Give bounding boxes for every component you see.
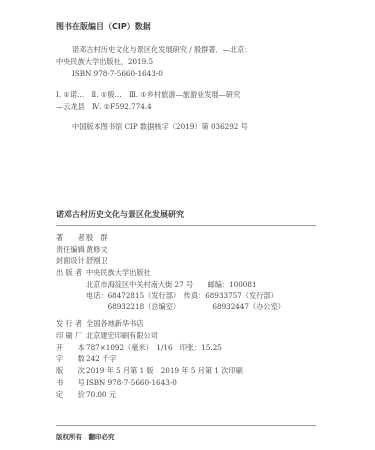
- imprint-row: 出 版 者中央民族大学出版社: [56, 268, 151, 278]
- imprint-value: 787×1092（毫米） 1/16 印张：15.25: [86, 343, 222, 352]
- imprint-row: 著 者殷 群: [56, 233, 108, 243]
- imprint-row: 书 号ISBN 978-7-5660-1643-0: [56, 378, 177, 388]
- imprint-label: 版 次: [56, 366, 86, 376]
- cip-isbn: ISBN 978-7-5660-1643-0: [72, 69, 163, 78]
- imprint-row: 定 价70.00 元: [56, 390, 116, 400]
- imprint-row: 68932218（总编室） 68932447（办公室）: [56, 302, 285, 312]
- imprint-row: 开 本787×1092（毫米） 1/16 印张：15.25: [56, 343, 222, 353]
- imprint-value: 殷 群: [86, 233, 108, 242]
- cip-heading: 图书在版编目（CIP）数据: [56, 21, 151, 32]
- imprint-value: 北京市海淀区中关村南大街 27 号 邮编：100081: [86, 280, 257, 289]
- imprint-label: 出 版 者: [56, 268, 86, 278]
- cip-library-note: 中国版本图书馆 CIP 数据核字（2019）第 036292 号: [72, 122, 248, 132]
- imprint-row: 电话：68472815（发行部） 传真：68933757（发行部）: [56, 291, 278, 301]
- imprint-label: 印 刷 厂: [56, 331, 86, 341]
- cip-classification-1: Ⅰ. ①诺… Ⅱ. ①殷… Ⅲ. ①乡村旅游—旅游业发展—研究: [56, 90, 240, 100]
- imprint-value: 电话：68472815（发行部） 传真：68933757（发行部）: [86, 291, 278, 300]
- imprint-row: 印 刷 厂北京建宏印刷有限公司: [56, 331, 158, 341]
- imprint-row: 发 行 者全国各地新华书店: [56, 319, 144, 329]
- cip-line-2: 中央民族大学出版社，2019.5: [56, 57, 153, 67]
- imprint-value: 68932218（总编室） 68932447（办公室）: [86, 302, 285, 311]
- imprint-value: 黄修文: [86, 245, 108, 254]
- imprint-label: 字 数: [56, 354, 86, 364]
- imprint-value: 舒刚卫: [86, 256, 108, 265]
- imprint-label: 开 本: [56, 343, 86, 353]
- top-divider: [56, 225, 316, 226]
- imprint-value: ISBN 978-7-5660-1643-0: [86, 378, 177, 387]
- imprint-value: 全国各地新华书店: [86, 319, 144, 328]
- imprint-value: 70.00 元: [86, 390, 116, 399]
- imprint-label: 责任编辑: [56, 245, 86, 255]
- imprint-row: 字 数242 千字: [56, 354, 116, 364]
- imprint-label: 封面设计: [56, 256, 86, 266]
- cip-line-1: 诺邓古村历史文化与景区化发展研究 / 殷群著．—北京：: [72, 45, 252, 55]
- imprint-label: 书 号: [56, 378, 86, 388]
- imprint-row: 责任编辑黄修文: [56, 245, 108, 255]
- imprint-label: 发 行 者: [56, 319, 86, 329]
- copyright-notice: 版权所有 翻印必究: [56, 432, 115, 441]
- imprint-value: 北京建宏印刷有限公司: [86, 331, 158, 340]
- imprint-value: 2019 年 5 月第 1 版 2019 年 5 月第 1 次印刷: [86, 366, 243, 375]
- imprint-row: 封面设计舒刚卫: [56, 256, 108, 266]
- imprint-label: 定 价: [56, 390, 86, 400]
- imprint-label: 著 者: [56, 233, 86, 243]
- imprint-row: 版 次2019 年 5 月第 1 版 2019 年 5 月第 1 次印刷: [56, 366, 243, 376]
- book-title: 诺邓古村历史文化与景区化发展研究: [56, 209, 184, 220]
- bottom-divider: [56, 425, 316, 426]
- imprint-value: 242 千字: [86, 354, 116, 363]
- imprint-value: 中央民族大学出版社: [86, 268, 151, 277]
- cip-classification-2: —云龙县 Ⅳ. ①F592.774.4: [56, 102, 152, 112]
- imprint-row: 北京市海淀区中关村南大街 27 号 邮编：100081: [56, 280, 257, 290]
